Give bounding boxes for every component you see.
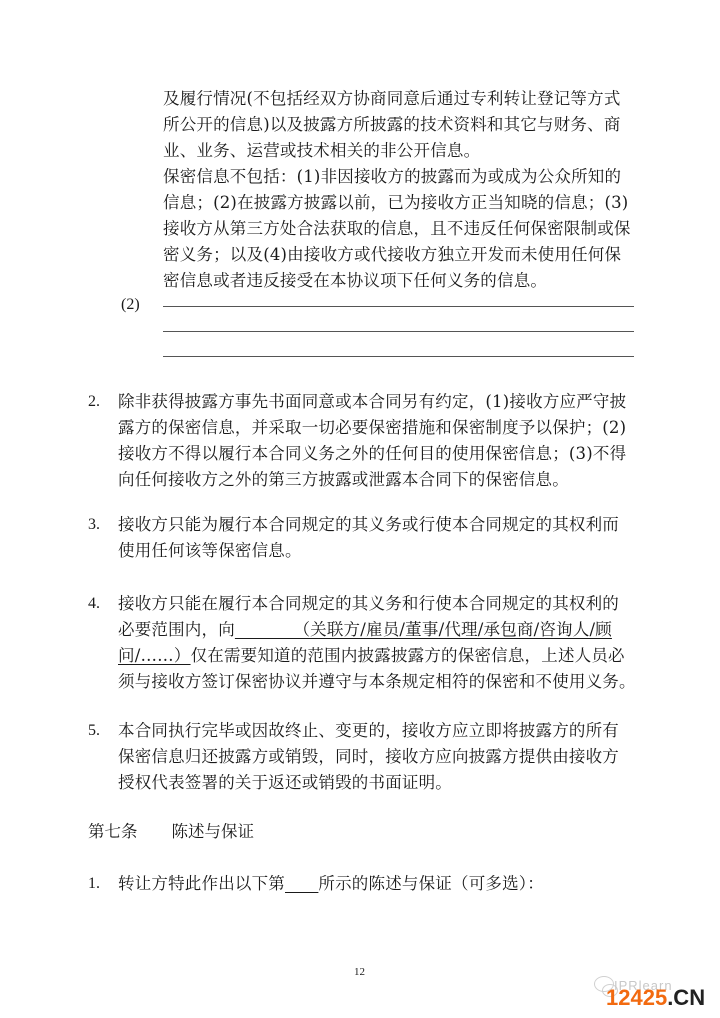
text-line: 接收方只能为履行本合同规定的其义务或行使本合同规定的其权利而 (118, 512, 619, 538)
text-line: 接收方不得以履行本合同义务之外的任何目的使用保密信息；(3)不得 (118, 441, 626, 467)
text-line: 保密信息归还披露方或销毁，同时，接收方应向披露方提供由接收方 (118, 744, 619, 770)
clause-number: 2. (88, 389, 100, 415)
text-line: 向任何接收方之外的第三方披露或泄露本合同下的保密信息。 (118, 467, 569, 493)
clause-number: 1. (88, 871, 100, 897)
article-title: 陈述与保证 (172, 822, 255, 841)
text-line: 露方的保密信息，并采取一切必要保密措施和保密制度予以保护；(2) (118, 415, 626, 441)
text-span: 必要范围内，向 (118, 620, 235, 639)
article-label: 第七条 (88, 822, 138, 841)
watermark-logo: IPRlearn 12425.CN (592, 982, 718, 1012)
text-span: 仅在需要知道的范围内披露披露方的保密信息，上述人员必 (191, 646, 625, 665)
clause-number: 3. (88, 512, 100, 538)
text-line: 使用任何该等保密信息。 (118, 538, 302, 564)
text-line: 授权代表签署的关于返还或销毁的书面证明。 (118, 770, 452, 796)
fill-in-blank-line (163, 331, 634, 332)
text-line: 本合同执行完毕或因故终止、变更的，接收方应立即将披露方的所有 (118, 718, 619, 744)
underlined-blank-options: （关联方/雇员/董事/代理/承包商/咨询人/顾 (235, 620, 612, 639)
watermark-brand-number: 12425 (606, 985, 667, 1010)
text-line: 所公开的信息)以及披露方所披露的技术资料和其它与财务、商 (163, 112, 621, 138)
text-line: 接收方从第三方处合法获取的信息，且不违反任何保密限制或保 (163, 216, 631, 242)
clause-number: 5. (88, 718, 100, 744)
fill-in-blank-line (163, 306, 634, 307)
article-heading: 第七条陈述与保证 (88, 819, 254, 845)
text-line: 必要范围内，向 （关联方/雇员/董事/代理/承包商/咨询人/顾 (118, 617, 612, 643)
text-line: 须与接收方签订保密协议并遵守与本条规定相符的保密和不使用义务。 (118, 669, 636, 695)
fill-in-blank (285, 874, 318, 893)
watermark-brand-suffix: .CN (667, 985, 705, 1010)
text-line: 密义务；以及(4)由接收方或代接收方独立开发而未使用任何保 (163, 242, 621, 268)
text-line: 密信息或者违反接受在本协议项下任何义务的信息。 (163, 268, 547, 294)
text-line: 转让方特此作出以下第 所示的陈述与保证（可多选）： (118, 871, 544, 897)
watermark-brand: 12425.CN (606, 986, 705, 1010)
text-line: 问/……）仅在需要知道的范围内披露披露方的保密信息，上述人员必 (118, 643, 625, 669)
text-line: 接收方只能在履行本合同规定的其义务和行使本合同规定的其权利的 (118, 591, 619, 617)
sub-item-marker: (2) (121, 292, 140, 318)
document-page: 及履行情况(不包括经双方协商同意后通过专利转让登记等方式 所公开的信息)以及披露… (0, 0, 720, 1018)
page-number: 12 (354, 966, 365, 978)
text-line: 除非获得披露方事先书面同意或本合同另有约定，(1)接收方应严守披 (118, 389, 626, 415)
text-line: 保密信息不包括：(1)非因接收方的披露而为或成为公众所知的 (163, 164, 621, 190)
fill-in-blank-line (163, 356, 634, 357)
text-line: 信息；(2)在披露方披露以前，已为接收方正当知晓的信息；(3) (163, 190, 628, 216)
text-span: 转让方特此作出以下第 (118, 874, 285, 893)
underlined-blank-options: 问/……） (118, 646, 191, 665)
text-span: 所示的陈述与保证（可多选）： (318, 874, 544, 893)
text-line: 业、业务、运营或技术相关的非公开信息。 (163, 138, 480, 164)
text-line: 及履行情况(不包括经双方协商同意后通过专利转让登记等方式 (163, 86, 621, 112)
clause-number: 4. (88, 591, 100, 617)
